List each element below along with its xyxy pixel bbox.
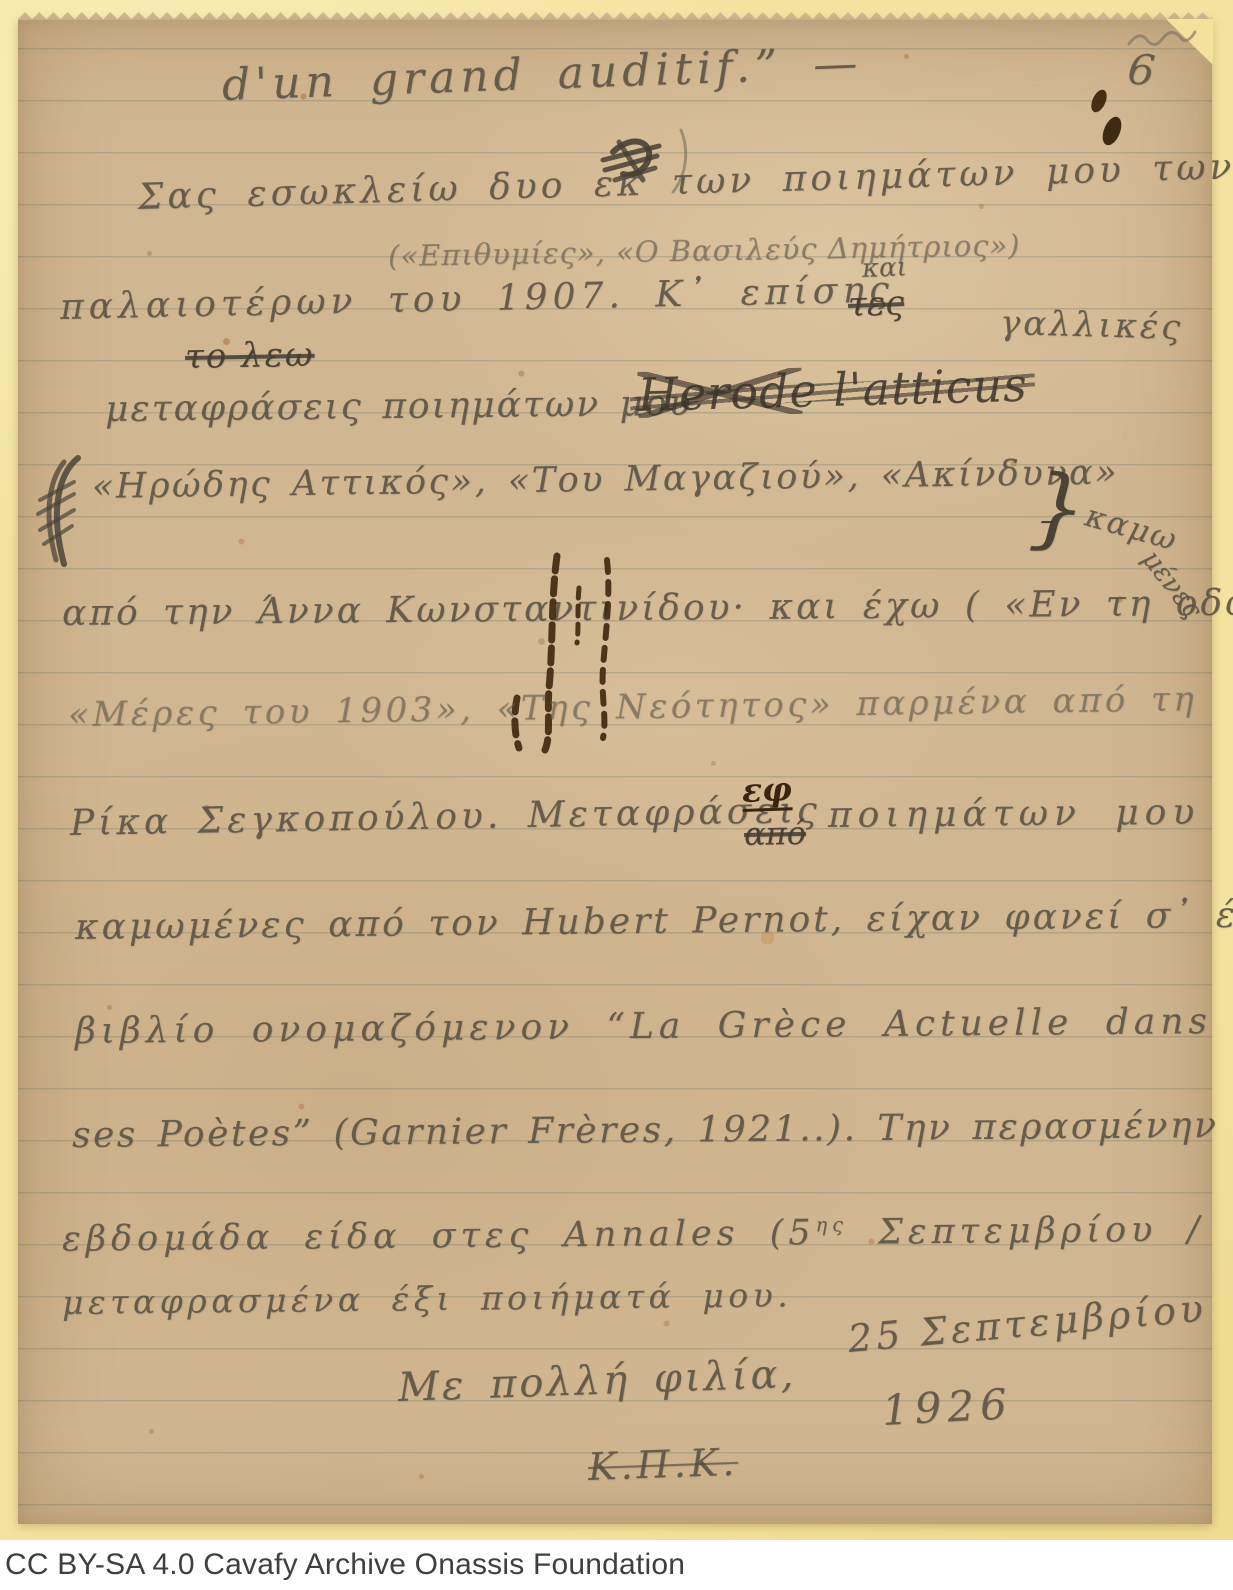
signature-initials: Κ.Π.Κ. [587,1443,738,1486]
handwriting-line-14: εβδομάδα είδα στες Annales (5ης Σεπτεμβρ… [62,1212,1205,1258]
crossed-out-word: τες [847,286,904,322]
heavily-crossed-out-phrase: Herode l'atticus [637,362,1028,418]
margin-scribble [20,452,95,570]
line-14-end: Σεπτεμβρίου / [848,1210,1205,1253]
crossed-out-fragment: το λεω [185,338,315,374]
ink-stain [1084,88,1130,150]
handwriting-line-10-end: ποιημάτων μου [828,795,1201,834]
page-number: 6 [1126,48,1157,93]
line-14-start: εβδομάδα είδα στες Annales (5 [62,1213,816,1260]
license-caption-bar: CC BY-SA 4.0 Cavafy Archive Onassis Foun… [0,1540,1233,1590]
ordinal-superscript: ης [815,1213,848,1236]
scanned-manuscript-screenshot: 6 d'un grand auditif.” — Σας εσωκλείω δυ… [0,0,1233,1590]
closing-brace: } [1027,462,1089,554]
date-year: 1926 [881,1383,1014,1432]
handwriting-line-12: βιβλίο ονομαζόμενον “La Grèce Actuelle d… [75,1004,1212,1050]
license-caption-text: CC BY-SA 4.0 Cavafy Archive Onassis Foun… [0,1548,685,1582]
ink-inserted-word: εφ [741,772,792,812]
crossed-out-word-2: από [744,817,806,850]
handwriting-line-8: από την Άννα Κωνσταντινίδου· και έχω ( «… [62,585,1233,632]
brace-dash: – [1040,506,1055,536]
handwriting-line-4-end: γαλλικές [1000,306,1184,345]
handwriting-line-6: μεταφράσεις ποιημάτων μου [105,386,693,428]
inserted-word: και [862,254,908,282]
paper-speckles [0,0,3,3]
handwriting-line-13: ses Poètes” (Garnier Frères, 1921..). Τη… [72,1108,1219,1154]
handwriting-line-15: μεταφρασμένα έξι ποιήματά μου. [62,1278,793,1319]
